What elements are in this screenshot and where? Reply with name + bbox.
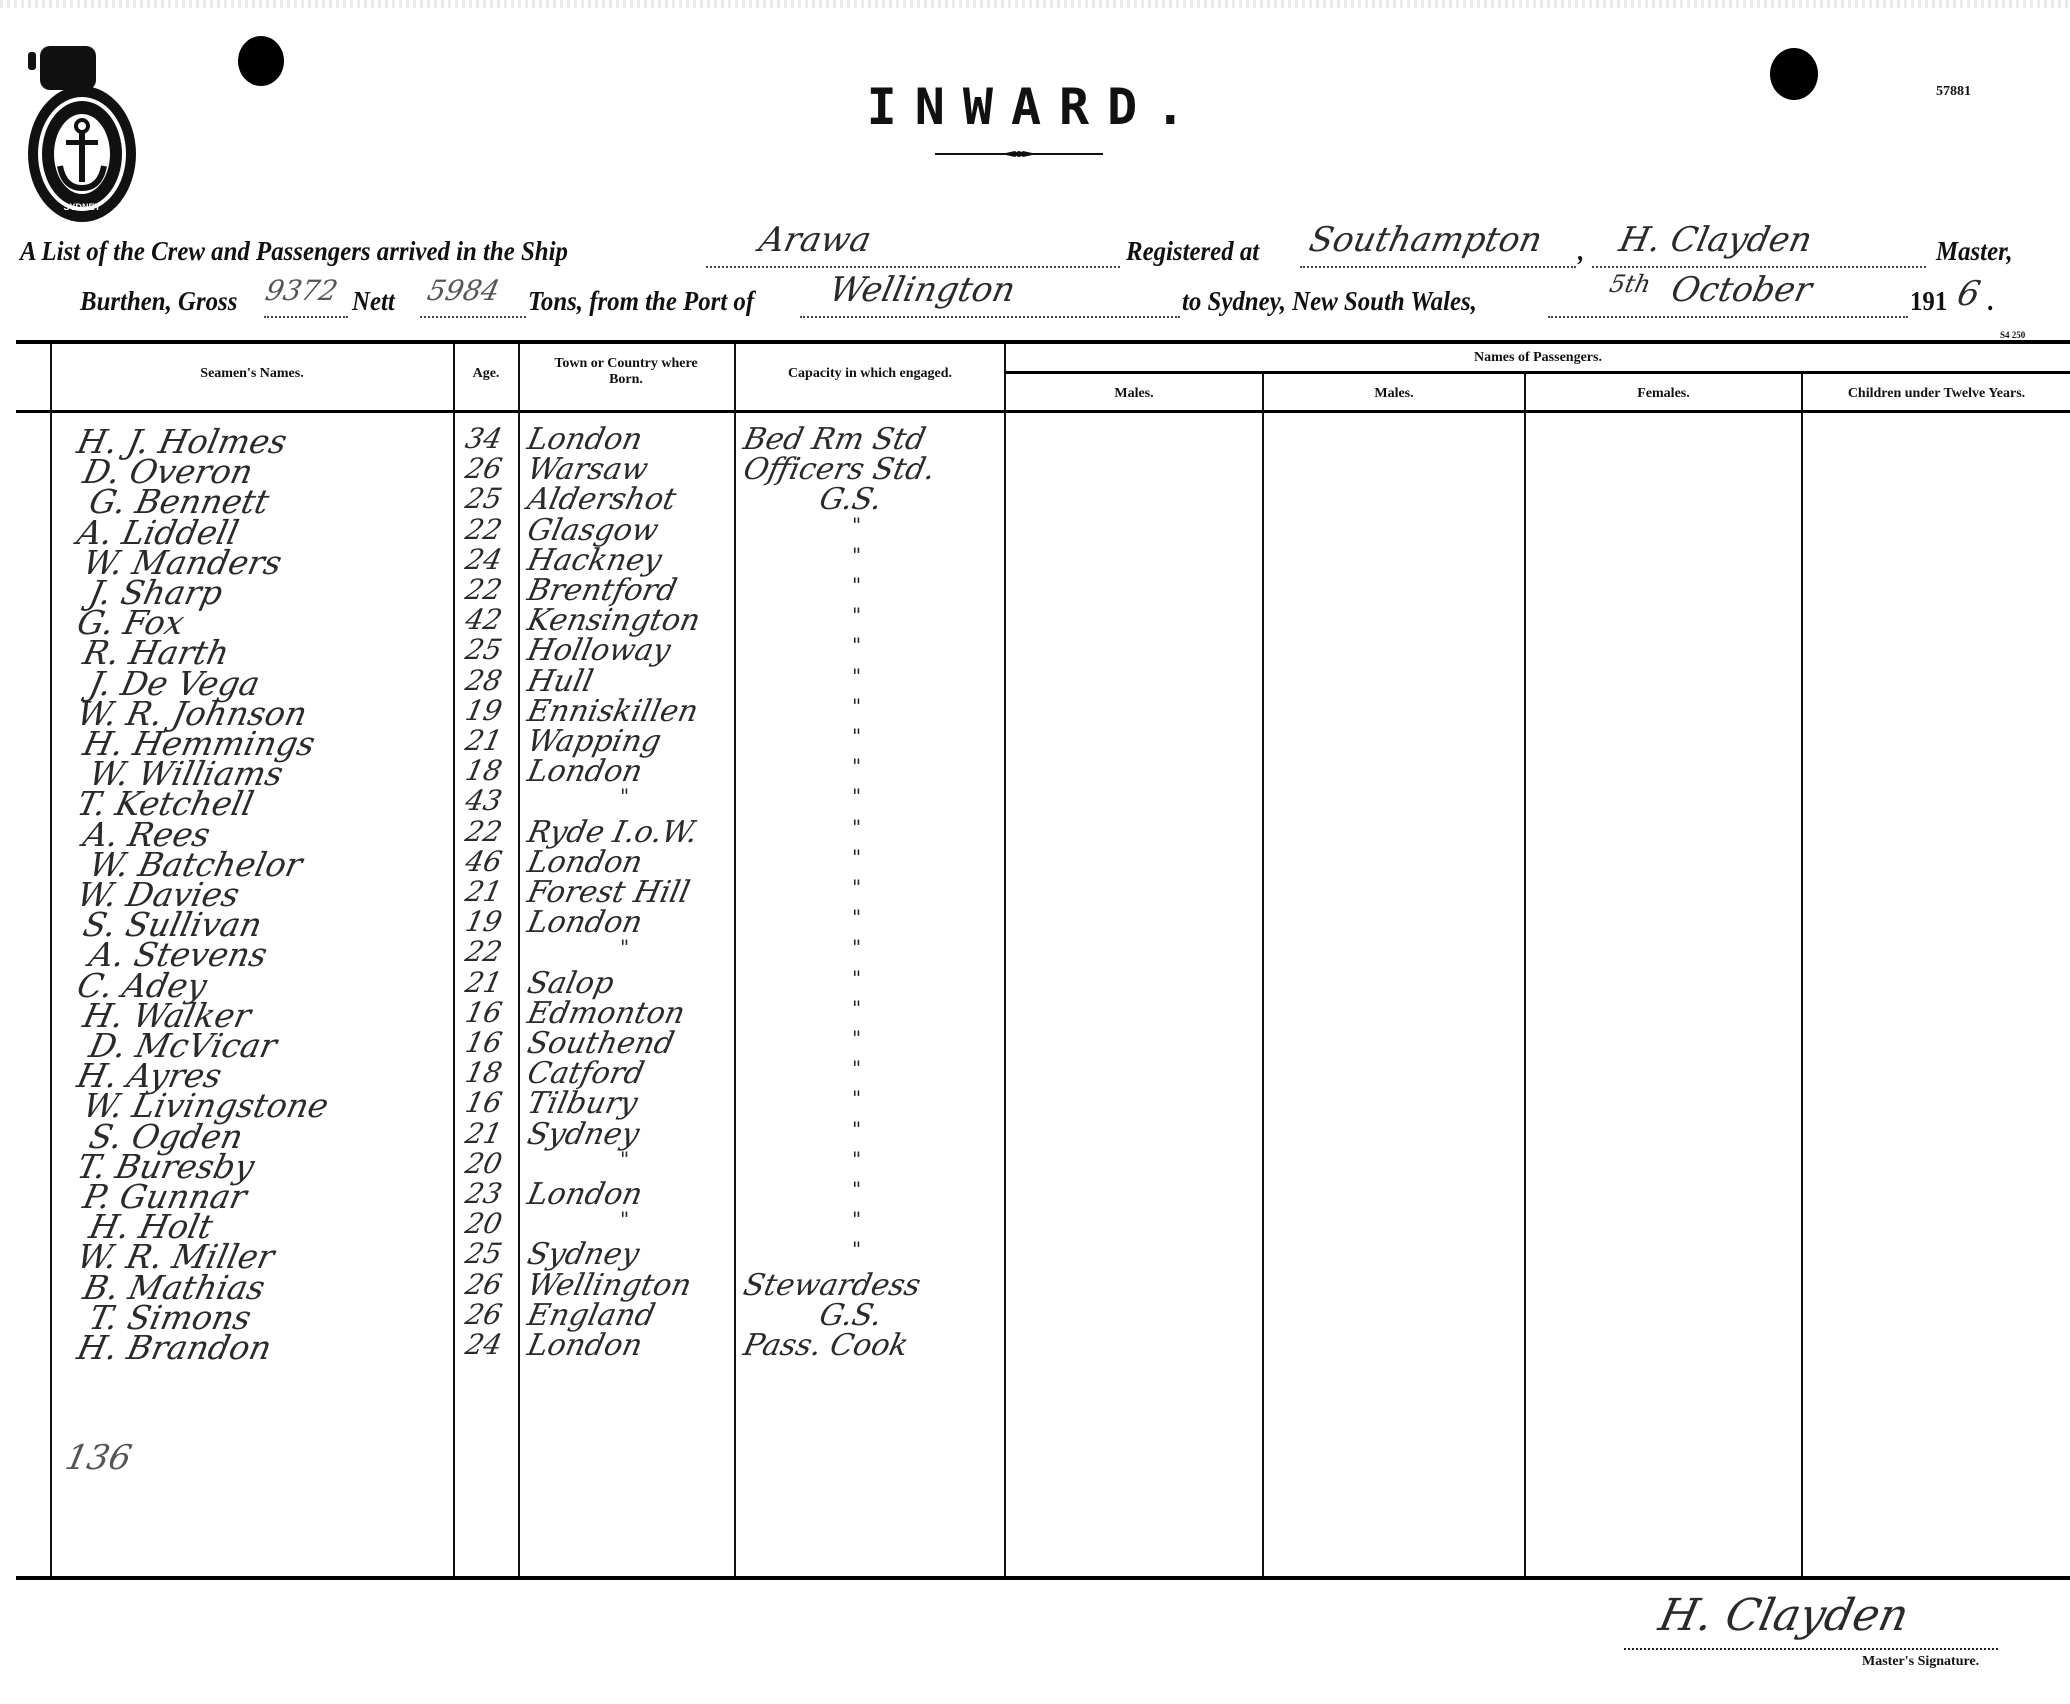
master-signature: H. Clayden [1655,1590,1914,1641]
seaman-age: 22 [462,935,505,968]
col-divider-males-females [1524,374,1526,1576]
seaman-age: 18 [462,1056,505,1089]
seaman-age: 19 [462,694,505,727]
seaman-age: 28 [462,664,505,697]
seaman-capacity: G.S. [816,482,885,517]
seaman-age: 26 [462,1298,505,1331]
seaman-age: 25 [462,482,505,515]
seaman-birthplace: London [524,1328,645,1363]
col-header-capacity: Capacity in which engaged. [736,366,1004,382]
seaman-age: 18 [462,754,505,787]
seaman-age: 46 [462,845,505,878]
seaman-capacity: " [852,875,861,899]
nett-label: Nett [352,286,395,317]
col-divider-males-males [1262,374,1264,1576]
from-port-value: Wellington [826,270,1019,310]
signature-label: Master's Signature. [1862,1654,1979,1670]
seaman-birthplace: Holloway [524,633,673,668]
seaman-capacity: " [852,1207,861,1231]
seaman-capacity: " [852,845,861,869]
seaman-age: 20 [462,1147,505,1180]
seaman-birthplace: " [620,1207,629,1231]
registered-label: Registered at [1126,236,1259,267]
seaman-capacity: " [852,905,861,929]
svg-text:SYDNEY: SYDNEY [63,202,100,212]
to-sydney-label: to Sydney, New South Wales, [1182,286,1477,317]
seaman-birthplace: Sydney [524,1237,642,1272]
seaman-capacity: " [852,1056,861,1080]
seaman-capacity: " [852,1117,861,1141]
seaman-capacity: " [852,724,861,748]
seaman-age: 22 [462,513,505,546]
seaman-age: 34 [462,422,505,455]
date-month-value: October [1668,270,1816,310]
seaman-age: 21 [462,875,505,908]
year-prefix: 191 [1910,286,1947,317]
seaman-age: 19 [462,905,505,938]
table-top-rule [16,340,2070,344]
col-header-children: Children under Twelve Years. [1803,386,2070,402]
comma: , [1578,236,1584,267]
year-suffix-value: 6 [1954,274,1984,314]
col-divider-age-born [518,344,520,1576]
seaman-age: 42 [462,603,505,636]
seaman-age: 25 [462,633,505,666]
seaman-birthplace: Tilbury [524,1086,640,1121]
seaman-age: 16 [462,1026,505,1059]
seaman-capacity: " [852,1237,861,1261]
col-header-age: Age. [455,366,517,382]
seaman-capacity: " [852,603,861,627]
seaman-capacity: " [852,1177,861,1201]
seaman-name: H. Brandon [74,1328,275,1367]
seaman-age: 20 [462,1207,505,1240]
seaman-birthplace: " [620,1147,629,1171]
burthen-label: Burthen, Gross [80,286,237,317]
master-name-value: H. Clayden [1616,220,1816,260]
col-divider-females-children [1801,374,1803,1576]
seaman-capacity: " [852,543,861,567]
seaman-capacity: " [852,664,861,688]
seaman-birthplace: " [620,935,629,959]
seaman-age: 22 [462,815,505,848]
seaman-capacity: " [852,784,861,808]
seaman-age: 16 [462,1086,505,1119]
gross-tons-value: 9372 [262,274,340,307]
seaman-capacity: " [852,513,861,537]
registered-port-value: Southampton [1306,220,1546,260]
seaman-capacity: " [852,1147,861,1171]
master-label: Master, [1936,236,2013,267]
nett-tons-value: 5984 [424,274,502,307]
seaman-age: 22 [462,573,505,606]
col-header-males-1: Males. [1006,386,1262,402]
col-header-seamens-names: Seamen's Names. [52,366,452,382]
seaman-capacity: " [852,694,861,718]
col-divider-born-capacity [734,344,736,1576]
seaman-age: 26 [462,452,505,485]
title-flourish-divider [935,150,1103,158]
date-day-value: 5th [1607,270,1653,298]
form-ref-small: S4 250 [2000,330,2025,340]
ship-name-value: Arawa [756,220,875,260]
scan-edge-noise [0,0,2070,8]
seaman-capacity: " [852,1026,861,1050]
seaman-age: 43 [462,784,505,817]
col-divider-capacity-passengers [1004,344,1006,1576]
seaman-capacity: " [852,1086,861,1110]
table-header-bottom-rule [16,410,2070,413]
crew-tally: 136 [62,1438,135,1478]
seaman-age: 23 [462,1177,505,1210]
seaman-age: 21 [462,724,505,757]
seaman-capacity: " [852,935,861,959]
passengers-subheader-rule [1004,371,2070,374]
seaman-birthplace: " [620,784,629,808]
seaman-age: 25 [462,1237,505,1270]
col-divider-left [50,344,52,1576]
seaman-capacity: " [852,573,861,597]
seaman-capacity: " [852,815,861,839]
col-header-males-2: Males. [1264,386,1524,402]
seaman-capacity: Pass. Cook [740,1328,911,1363]
col-header-females: Females. [1526,386,1801,402]
seaman-age: 21 [462,966,505,999]
page-title: INWARD. [0,78,2070,136]
col-header-born: Town or Country where Born. [540,356,712,388]
seaman-capacity: " [852,996,861,1020]
header-line1-prefix: A List of the Crew and Passengers arrive… [20,236,568,267]
table-bottom-rule [16,1576,2070,1580]
period: . [1988,286,1994,317]
signature-line [1624,1648,1998,1650]
col-header-passengers-group: Names of Passengers. [1006,350,2070,366]
col-divider-names-age [453,344,455,1576]
seaman-capacity: " [852,966,861,990]
tons-from-label: Tons, from the Port of [528,286,754,317]
seaman-age: 16 [462,996,505,1029]
seaman-age: 21 [462,1117,505,1150]
seaman-capacity: " [852,633,861,657]
seaman-age: 24 [462,543,505,576]
seaman-age: 26 [462,1268,505,1301]
seaman-capacity: " [852,754,861,778]
seaman-birthplace: Aldershot [524,482,679,517]
seaman-age: 24 [462,1328,505,1361]
